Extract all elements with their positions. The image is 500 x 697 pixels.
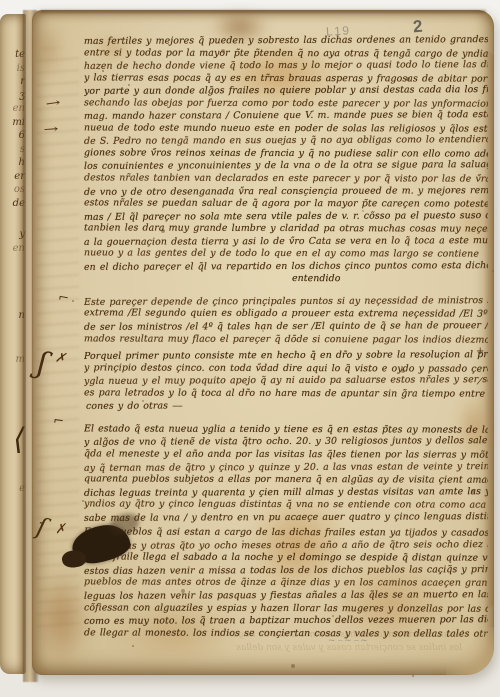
facing-page-text-column: te is r ʒ en mi 6 s h er os de y en n m …: [1, 48, 25, 496]
left-page-text-fragment: y: [1, 228, 25, 242]
left-page-text-fragment: h: [1, 156, 25, 170]
paper-stain: [26, 8, 70, 93]
left-page-text-fragment: er: [1, 170, 25, 184]
manuscript-line: sabe mas de la vna / y dentro en vn pu a…: [84, 511, 488, 525]
margin-arrow-icon: →: [45, 95, 62, 111]
manuscript-photo: te is r ʒ en mi 6 s h er os de y en n m …: [0, 0, 500, 697]
manuscript-line-paragraph-start: Estos pueblos q̃ asi estan a cargo de la…: [84, 527, 488, 541]
paragraph-mark-icon: ⌐: [52, 413, 65, 429]
left-page-text-fragment: ʒ: [1, 89, 25, 103]
manuscript-line: tanbien les dara muy grande lumbre y cla…: [84, 223, 488, 237]
left-page-text-fragment: 6: [1, 129, 25, 143]
manuscript-line: ygla nueua y el muy poquito apejo q̃ ay …: [84, 374, 488, 388]
show-through-ghost-line: se an muerto en las dichas caminos antes…: [90, 630, 462, 640]
left-page-text-fragment: m: [1, 353, 25, 367]
left-page-text-fragment: te: [1, 48, 25, 62]
left-page-text-fragment: e: [1, 482, 25, 496]
left-page-text-fragment: de: [1, 197, 25, 211]
margin-cross-icon: ✗: [54, 522, 66, 538]
left-page-text-fragment: mi: [1, 116, 25, 130]
manuscript-line: como es muy noto. los q̃ traen a baptiza…: [84, 614, 488, 628]
manuscript-line: quarenta pueblos subjetos a ellas por ma…: [84, 473, 488, 487]
left-page-text-fragment: is: [1, 62, 25, 76]
corner-fold: [446, 627, 494, 675]
manuscript-line: mados resultara muy flaco el pareçer q̃ …: [84, 333, 488, 347]
left-page-text-fragment: en: [1, 102, 25, 116]
page-right-edge: [484, 50, 494, 610]
manuscript-line-paragraph-start: Porquel primer punto consiste mte en hec…: [84, 349, 488, 363]
manuscript-line: leguas los hazen venir las pasquas y fie…: [84, 589, 488, 603]
handwritten-text-block: mas fertiles y mejores q̃ pueden y sobre…: [84, 35, 488, 640]
manuscript-line: hazen de hecho donde viene q̃ todo lo ma…: [84, 59, 488, 73]
manuscript-line: yor parte y aun donde alg̃os frailes no …: [84, 84, 488, 98]
manuscript-line: de ser los ministros /el 4º q̃ tales han…: [84, 320, 488, 334]
left-page-text-fragment: os: [1, 183, 25, 197]
left-page-text-fragment: n: [1, 309, 25, 323]
left-page-flourish: ⟩: [1, 420, 25, 464]
manuscript-line-paragraph-end: cones y do otras ⎯⎯: [84, 399, 488, 413]
manuscript-line-paragraph-end: entendido: [84, 273, 488, 287]
left-page-text-fragment: en: [1, 242, 25, 256]
manuscript-line: mas fertiles y mejores q̃ pueden y sobre…: [84, 34, 488, 48]
manuscript-line: destos nr̃ales tanbien van declarados en…: [84, 172, 488, 186]
left-page-text-fragment: s: [1, 143, 25, 157]
manuscript-line: q̃da el meneste y el año anda por las vi…: [84, 448, 488, 462]
margin-arrow-icon: →: [43, 121, 59, 136]
manuscript-page: L19 2 ~⎯~⎯~ → → ⌐ ✗ ʃ ⌐ ✗ ſ + / mas fert…: [32, 10, 494, 675]
manuscript-line: estos nr̃ales se puedan saluar de q̃ ago…: [84, 197, 488, 211]
left-page-text-fragment: r: [1, 75, 25, 89]
manuscript-line: yndios ay q̃tro y çinco lenguas distinta…: [84, 499, 488, 513]
show-through-ghost-line: los indios se conçiertan cosas y vales y…: [90, 643, 462, 653]
margin-cross-icon: ✗: [54, 350, 66, 366]
